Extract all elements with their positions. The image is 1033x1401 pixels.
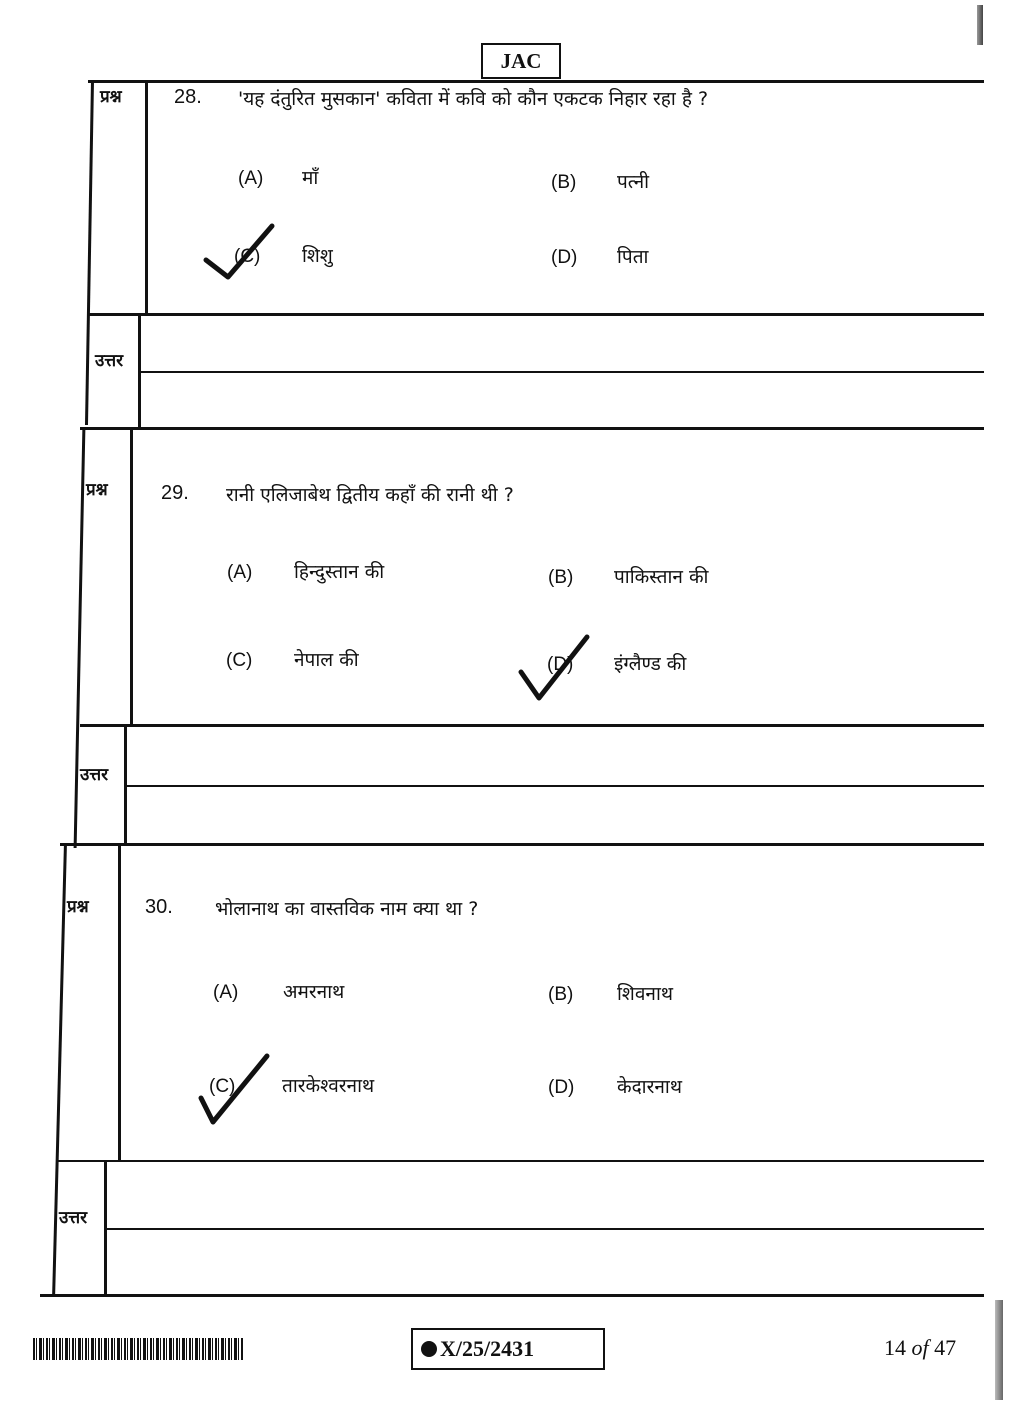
paper-code-box: X/25/2431 [411, 1328, 605, 1370]
page-total: 47 [934, 1335, 956, 1360]
page-of: of [912, 1335, 929, 1360]
option-text: माँ [302, 164, 318, 190]
column-divider-q28 [145, 80, 148, 315]
left-border-q30 [52, 845, 67, 1297]
column-divider-q29 [130, 428, 133, 725]
question-text: भोलानाथ का वास्तविक नाम क्या था ? [215, 895, 478, 921]
answer-line [126, 785, 984, 787]
column-divider-q30 [118, 845, 121, 1160]
option-letter: (A) [227, 562, 252, 584]
question-text: 'यह दंतुरित मुसकान' कविता में कवि को कौन… [238, 85, 708, 111]
option-letter: (C) [226, 650, 252, 672]
checkmark-icon [195, 1050, 275, 1126]
answer-label: उत्तर [95, 348, 123, 371]
bullet-icon [421, 1341, 437, 1357]
rule [58, 1160, 984, 1162]
option-text: हिन्दुस्तान की [294, 558, 384, 584]
option-letter: (B) [548, 984, 573, 1006]
answer-label: उत्तर [59, 1205, 87, 1228]
rule [80, 724, 984, 727]
question-label: प्रश्न [100, 84, 122, 107]
option-letter: (B) [548, 567, 573, 589]
option-text: अमरनाथ [283, 978, 344, 1004]
checkmark-icon [200, 222, 280, 282]
answer-line [140, 371, 984, 373]
option-text: नेपाल की [294, 646, 359, 672]
option-text: शिवनाथ [617, 980, 673, 1006]
question-number: 28. [174, 86, 202, 109]
page-current: 14 [884, 1335, 906, 1360]
question-label: प्रश्न [67, 894, 89, 917]
option-letter: (A) [238, 168, 263, 190]
option-letter: (B) [551, 172, 576, 194]
paper-code: X/25/2431 [440, 1336, 534, 1362]
option-letter: (A) [213, 982, 238, 1004]
top-border [88, 80, 984, 83]
rule [88, 313, 984, 316]
answer-label: उत्तर [80, 762, 108, 785]
rule [80, 427, 984, 430]
question-label: प्रश्न [86, 477, 108, 500]
board-label: JAC [481, 43, 561, 79]
option-text: पाकिस्तान की [614, 563, 708, 589]
scan-edge-shadow [977, 5, 983, 45]
option-text: इंग्लैण्ड की [614, 650, 686, 676]
page-indicator: 14 of 47 [884, 1335, 956, 1361]
question-number: 29. [161, 482, 189, 505]
question-text: रानी एलिजाबेथ द्वितीय कहाँ की रानी थी ? [226, 481, 514, 507]
scan-edge-shadow [995, 1300, 1003, 1400]
bottom-border [40, 1294, 984, 1297]
left-border-q28 [85, 80, 94, 425]
answer-line [106, 1228, 984, 1230]
left-border-q29 [74, 428, 86, 848]
option-letter: (D) [548, 1077, 574, 1099]
option-letter: (D) [551, 247, 577, 269]
option-text: तारकेश्वरनाथ [282, 1072, 374, 1098]
rule [60, 843, 984, 846]
barcode [33, 1338, 243, 1360]
option-text: पत्नी [617, 168, 649, 194]
option-text: शिशु [302, 242, 333, 268]
checkmark-icon [515, 632, 595, 704]
option-text: पिता [617, 243, 648, 269]
question-number: 30. [145, 896, 173, 919]
option-text: केदारनाथ [617, 1073, 682, 1099]
